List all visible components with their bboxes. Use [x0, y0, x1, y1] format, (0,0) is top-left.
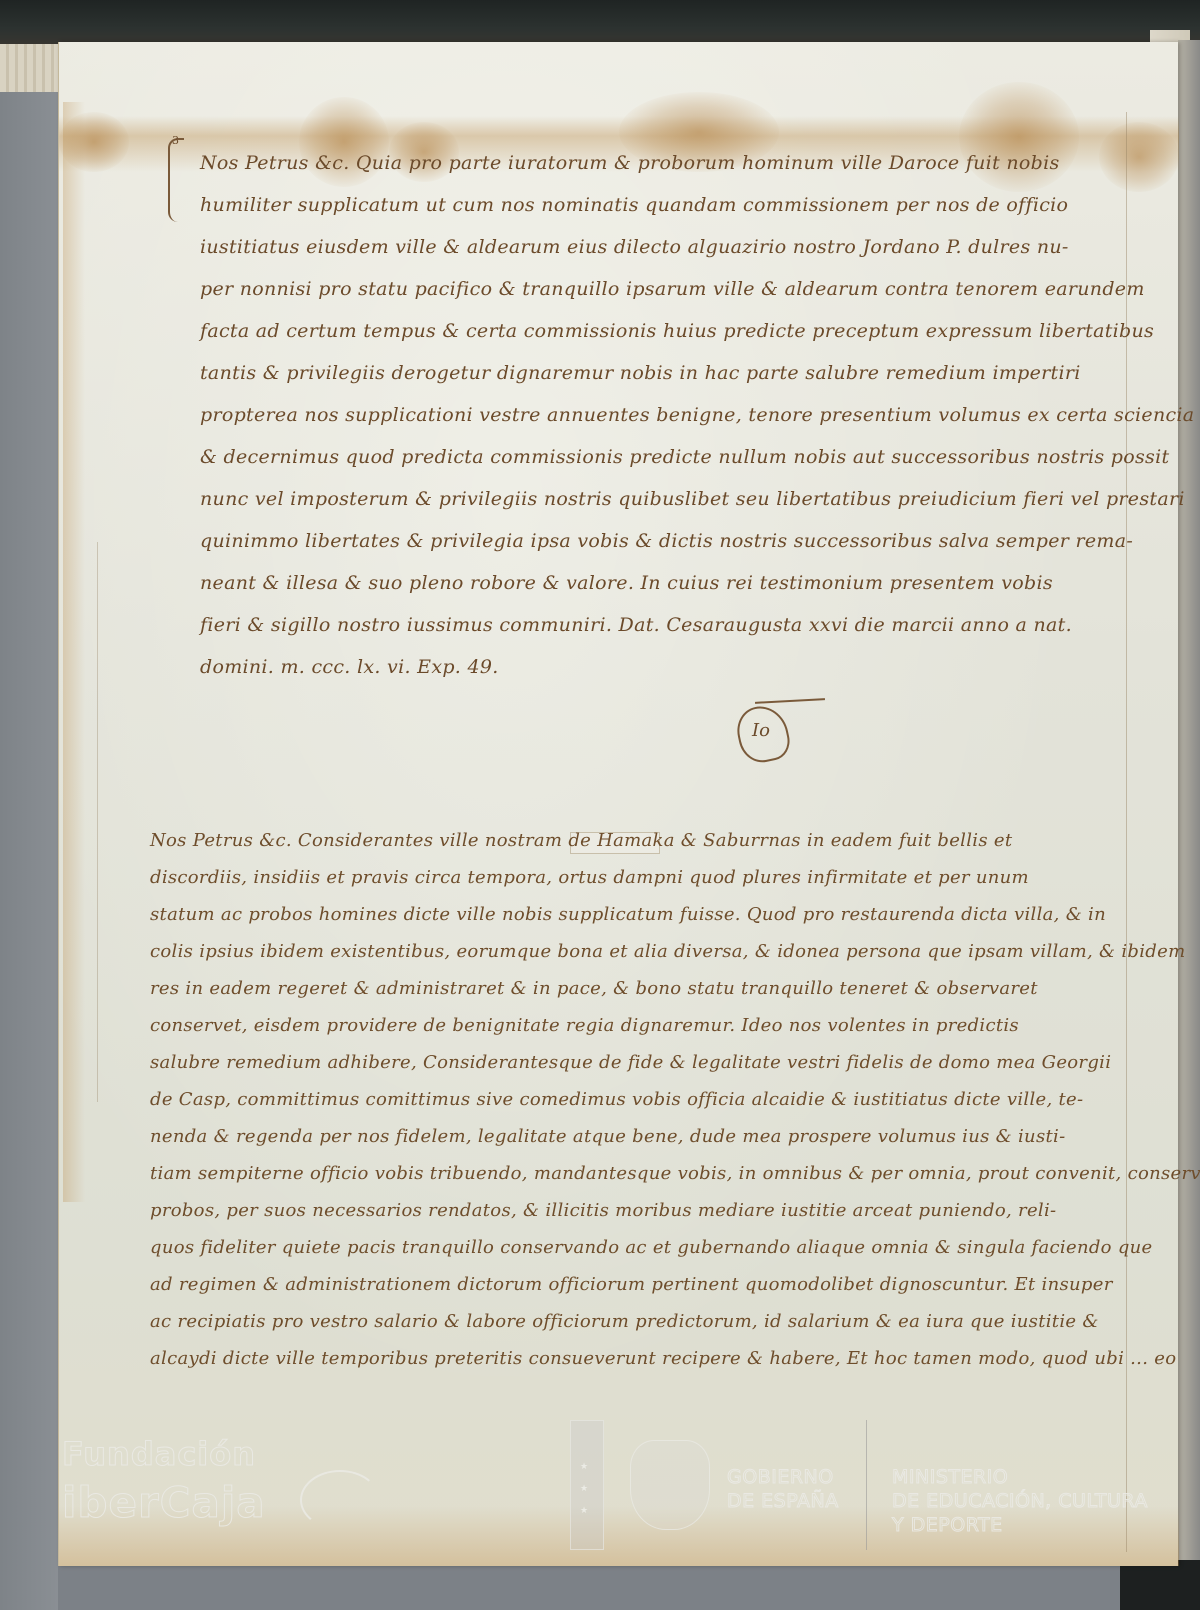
watermark-fundacion-text: Fundación	[62, 1435, 256, 1473]
star-icon: ★	[580, 1484, 588, 1494]
watermark-divider	[866, 1420, 867, 1550]
manuscript-line: ac recipiatis pro vestro salario & labor…	[150, 1311, 1099, 1332]
stain-spot	[1099, 122, 1179, 192]
manuscript-line: discordiis, insidiis et pravis circa tem…	[150, 867, 1029, 888]
manuscript-line: quos fideliter quiete pacis tranquillo c…	[150, 1237, 1153, 1258]
margin-number: 3	[172, 134, 179, 147]
book-binding-corner	[1120, 1560, 1200, 1610]
ibercaja-logo-icon	[300, 1470, 380, 1530]
manuscript-line: iustitiatus eiusdem ville & aldearum eiu…	[200, 236, 1069, 258]
star-icon: ★	[580, 1462, 588, 1472]
stain-spot	[959, 82, 1079, 192]
manuscript-line: nunc vel imposterum & privilegiis nostri…	[200, 488, 1185, 510]
book-binding-top	[0, 0, 1200, 48]
watermark-gobierno-line2: DE ESPAÑA	[727, 1490, 839, 1512]
manuscript-line: conservet, eisdem providere de benignita…	[150, 1015, 1019, 1036]
watermark-ministerio-line1: MINISTERIO	[892, 1466, 1008, 1488]
manuscript-line: salubre remedium adhibere, Considerantes…	[150, 1052, 1111, 1073]
star-icon: ★	[580, 1506, 588, 1516]
manuscript-line: & decernimus quod predicta commissionis …	[200, 446, 1169, 468]
manuscript-line: per nonnisi pro statu pacifico & tranqui…	[200, 278, 1145, 300]
water-stain-left	[63, 102, 85, 1202]
background-board-left	[0, 92, 58, 1610]
manuscript-line: alcaydi dicte ville temporibus preteriti…	[150, 1348, 1176, 1369]
manuscript-line: ad regimen & administrationem dictorum o…	[150, 1274, 1113, 1295]
watermark-ministerio-line2: DE EDUCACIÓN, CULTURA	[892, 1490, 1148, 1512]
manuscript-line: tiam sempiterne officio vobis tribuendo,…	[150, 1163, 1200, 1184]
manuscript-line: tantis & privilegiis derogetur dignaremu…	[200, 362, 1081, 384]
manuscript-folio	[58, 42, 1178, 1566]
manuscript-line: neant & illesa & suo pleno robore & valo…	[200, 572, 1053, 594]
book-binding-right	[1178, 40, 1200, 1610]
rubric-initials: Io	[752, 720, 770, 741]
manuscript-line: colis ipsius ibidem existentibus, eorumq…	[150, 941, 1185, 962]
coat-of-arms-icon	[630, 1440, 710, 1530]
manuscript-line: probos, per suos necessarios rendatos, &…	[150, 1200, 1056, 1221]
manuscript-line: facta ad certum tempus & certa commissio…	[200, 320, 1154, 342]
manuscript-line: Nos Petrus &c. Considerantes ville nostr…	[150, 830, 1012, 851]
manuscript-line: fieri & sigillo nostro iussimus communir…	[200, 614, 1072, 636]
paragraph-bracket	[168, 138, 184, 222]
watermark-ministerio-line3: Y DEPORTE	[892, 1514, 1003, 1536]
manuscript-line: statum ac probos homines dicte ville nob…	[150, 904, 1106, 925]
manuscript-line: nenda & regenda per nos fidelem, legalit…	[150, 1126, 1065, 1147]
manuscript-line: domini. m. ccc. lx. vi. Exp. 49.	[200, 656, 499, 678]
manuscript-line: propterea nos supplicationi vestre annue…	[200, 404, 1200, 426]
manuscript-line: de Casp, committimus comittimus sive com…	[150, 1089, 1083, 1110]
watermark-ibercaja-text: iberCaja	[62, 1478, 266, 1527]
watermark-gobierno-line1: GOBIERNO	[727, 1466, 834, 1488]
manuscript-line: humiliter supplicatum ut cum nos nominat…	[200, 194, 1068, 216]
page-edges-left	[0, 44, 60, 94]
fold-line-left	[97, 542, 98, 1102]
manuscript-line: Nos Petrus &c. Quia pro parte iuratorum …	[200, 152, 1060, 174]
manuscript-line: quinimmo libertates & privilegia ipsa vo…	[200, 530, 1133, 552]
manuscript-line: res in eadem regeret & administraret & i…	[150, 978, 1038, 999]
